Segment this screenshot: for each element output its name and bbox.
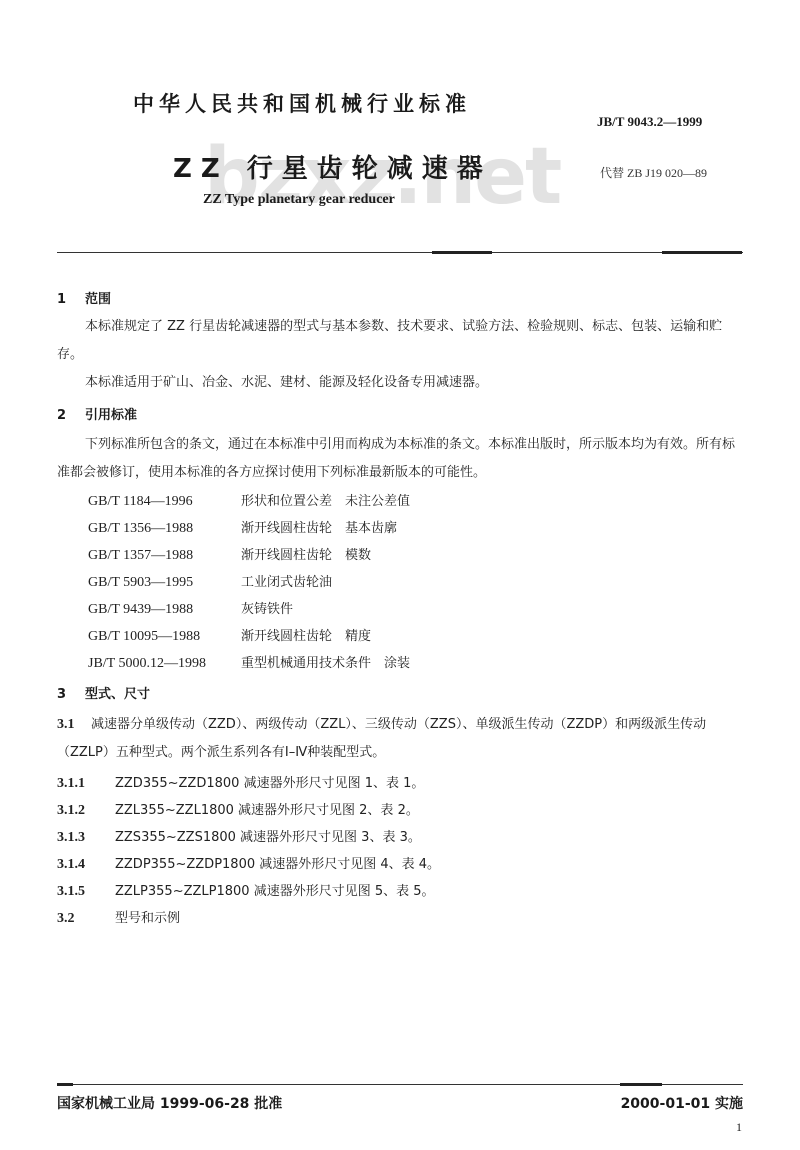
section-1-heading: 1范围 (57, 288, 111, 307)
list-item: 3.1.5ZZLP355~ZZLP1800 减速器外形尺寸见图 5、表 5。 (57, 880, 435, 900)
list-item: 3.1.1ZZD355~ZZD1800 减速器外形尺寸见图 1、表 1。 (57, 772, 424, 792)
section-1-paragraph-1: 本标准规定了 ZZ 行星齿轮减速器的型式与基本参数、技术要求、试验方法、检验规则… (57, 313, 747, 369)
reference-code: GB/T 1184—1996 (88, 494, 241, 510)
item-text: ZZL355~ZZL1800 减速器外形尺寸见图 2、表 2。 (115, 803, 419, 818)
reference-code: GB/T 5903—1995 (88, 575, 241, 591)
section-3-1-paragraph: 3.1减速器分单级传动（ZZD）、两级传动（ZZL）、三级传动（ZZS）、单级派… (57, 711, 747, 767)
reference-title: 渐开线圆柱齿轮 精度 (241, 629, 371, 644)
section-1-paragraph-2: 本标准适用于矿山、冶金、水泥、建材、能源及轻化设备专用减速器。 (57, 369, 747, 397)
section-title: 型式、尺寸 (85, 687, 150, 702)
reference-title: 工业闭式齿轮油 (241, 575, 332, 590)
item-number: 3.1.2 (57, 803, 115, 819)
approval-info: 国家机械工业局 1999-06-28 批准 (57, 1093, 282, 1113)
item-text: ZZD355~ZZD1800 减速器外形尺寸见图 1、表 1。 (115, 776, 424, 791)
item-text: ZZDP355~ZZDP1800 减速器外形尺寸见图 4、表 4。 (115, 857, 440, 872)
section-number: 1 (57, 292, 85, 307)
section-number: 2 (57, 408, 85, 423)
section-title: 引用标准 (85, 408, 137, 423)
item-number: 3.1.3 (57, 830, 115, 846)
header-divider (57, 252, 743, 253)
header-divider-mark (662, 251, 742, 254)
reference-title: 重型机械通用技术条件 涂装 (241, 656, 410, 671)
footer-divider-mark (57, 1083, 73, 1086)
section-3-2-heading: 3.2型号和示例 (57, 907, 180, 927)
list-item: 3.1.2ZZL355~ZZL1800 减速器外形尺寸见图 2、表 2。 (57, 799, 419, 819)
item-text: 型号和示例 (115, 911, 180, 926)
replaces-standard: 代替 ZB J19 020—89 (600, 164, 707, 181)
reference-code: JB/T 5000.12—1998 (88, 656, 241, 672)
implementation-date: 2000-01-01 实施 (621, 1093, 743, 1113)
reference-code: GB/T 9439—1988 (88, 602, 241, 618)
reference-title: 渐开线圆柱齿轮 模数 (241, 548, 371, 563)
section-2-intro: 下列标准所包含的条文，通过在本标准中引用而构成为本标准的条文。本标准出版时，所示… (57, 431, 747, 487)
document-title: ZZ 行星齿轮减速器 (173, 148, 492, 185)
reference-row: GB/T 1356—1988渐开线圆柱齿轮 基本齿廓 (88, 517, 397, 537)
item-number: 3.1.5 (57, 884, 115, 900)
section-2-heading: 2引用标准 (57, 404, 137, 423)
reference-code: GB/T 1357—1988 (88, 548, 241, 564)
reference-row: GB/T 9439—1988灰铸铁件 (88, 598, 293, 618)
section-number: 3 (57, 687, 85, 702)
item-number: 3.1.1 (57, 776, 115, 792)
item-text: ZZS355~ZZS1800 减速器外形尺寸见图 3、表 3。 (115, 830, 421, 845)
reference-row: JB/T 5000.12—1998重型机械通用技术条件 涂装 (88, 652, 410, 672)
footer-divider-mark (620, 1083, 662, 1086)
item-text: ZZLP355~ZZLP1800 减速器外形尺寸见图 5、表 5。 (115, 884, 435, 899)
reference-title: 灰铸铁件 (241, 602, 293, 617)
reference-row: GB/T 1184—1996形状和位置公差 未注公差值 (88, 490, 410, 510)
reference-title: 渐开线圆柱齿轮 基本齿廓 (241, 521, 397, 536)
reference-row: GB/T 1357—1988渐开线圆柱齿轮 模数 (88, 544, 371, 564)
header-divider-mark (432, 251, 492, 254)
section-number: 3.1 (57, 711, 91, 739)
section-title: 范围 (85, 292, 111, 307)
item-number: 3.2 (57, 911, 115, 927)
item-number: 3.1.4 (57, 857, 115, 873)
organization-title: 中华人民共和国机械行业标准 (133, 88, 471, 118)
document-subtitle-en: ZZ Type planetary gear reducer (203, 192, 395, 208)
reference-title: 形状和位置公差 未注公差值 (241, 494, 410, 509)
page-number: 1 (736, 1120, 742, 1135)
reference-code: GB/T 1356—1988 (88, 521, 241, 537)
reference-code: GB/T 10095—1988 (88, 629, 241, 645)
section-3-heading: 3型式、尺寸 (57, 683, 150, 702)
list-item: 3.1.4ZZDP355~ZZDP1800 减速器外形尺寸见图 4、表 4。 (57, 853, 440, 873)
standard-number: JB/T 9043.2—1999 (597, 114, 702, 130)
reference-row: GB/T 5903—1995工业闭式齿轮油 (88, 571, 332, 591)
list-item: 3.1.3ZZS355~ZZS1800 减速器外形尺寸见图 3、表 3。 (57, 826, 421, 846)
reference-row: GB/T 10095—1988渐开线圆柱齿轮 精度 (88, 625, 371, 645)
section-text: 减速器分单级传动（ZZD）、两级传动（ZZL）、三级传动（ZZS）、单级派生传动… (57, 717, 706, 760)
